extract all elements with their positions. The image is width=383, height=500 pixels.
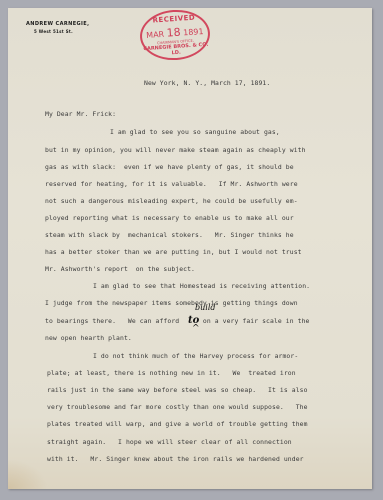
body-line: but in my opinion, you will never make s… (45, 146, 306, 154)
body-line: plates treated will warp, and give a wor… (47, 420, 308, 428)
body-line: very troublesome and far more costly tha… (47, 403, 308, 411)
salutation: My Dear Mr. Frick: (45, 110, 116, 118)
letterhead-name: ANDREW CARNEGIE, (26, 21, 89, 27)
body-line: rails just in the same way before steel … (47, 386, 308, 394)
body-line: steam with slack by mechanical stokers. … (45, 231, 294, 239)
body-line: straight again. I hope we will steer cle… (47, 438, 292, 446)
insertion-caret: ^ (192, 324, 200, 334)
letterhead-address: 5 West 51st St. (34, 29, 89, 34)
body-line: I do not think much of the Harvey proces… (93, 352, 298, 360)
stamp-year: 1891 (183, 27, 204, 37)
body-line: gas as with slack: even if we have plent… (45, 163, 294, 171)
body-line: reserved for heating, for it is valuable… (45, 180, 298, 188)
body-line: with it. Mr. Singer knew about the iron … (47, 455, 304, 463)
body-line: has a better stoker than we are putting … (45, 248, 302, 256)
dateline: New York, N. Y., March 17, 1891. (144, 79, 270, 87)
body-line: I judge from the newspaper items somebod… (45, 299, 298, 307)
body-line: plate; at least, there is nothing new in… (47, 369, 296, 377)
body-line: not such a dangerous misleading expert, … (45, 197, 298, 205)
body-line: to bearings there. We can afford on a ve… (45, 317, 309, 325)
handwritten-insertion: build (195, 303, 216, 312)
body-line: new open hearth plant. (45, 334, 132, 342)
letterhead: ANDREW CARNEGIE, 5 West 51st St. (26, 21, 89, 34)
body-line: Mr. Ashworth's report on the subject. (45, 265, 195, 273)
body-line: I am glad to see that Homestead is recei… (93, 282, 310, 290)
stamp-month: MAR (146, 30, 165, 40)
body-line: ployed reporting what is necessary to en… (45, 214, 294, 222)
stamp-day: 18 (166, 26, 181, 40)
received-stamp: RECEIVED MAR 18 1891 CHAIRMAN'S OFFICE, … (138, 8, 211, 63)
body-line: I am glad to see you so sanguine about g… (110, 128, 280, 136)
